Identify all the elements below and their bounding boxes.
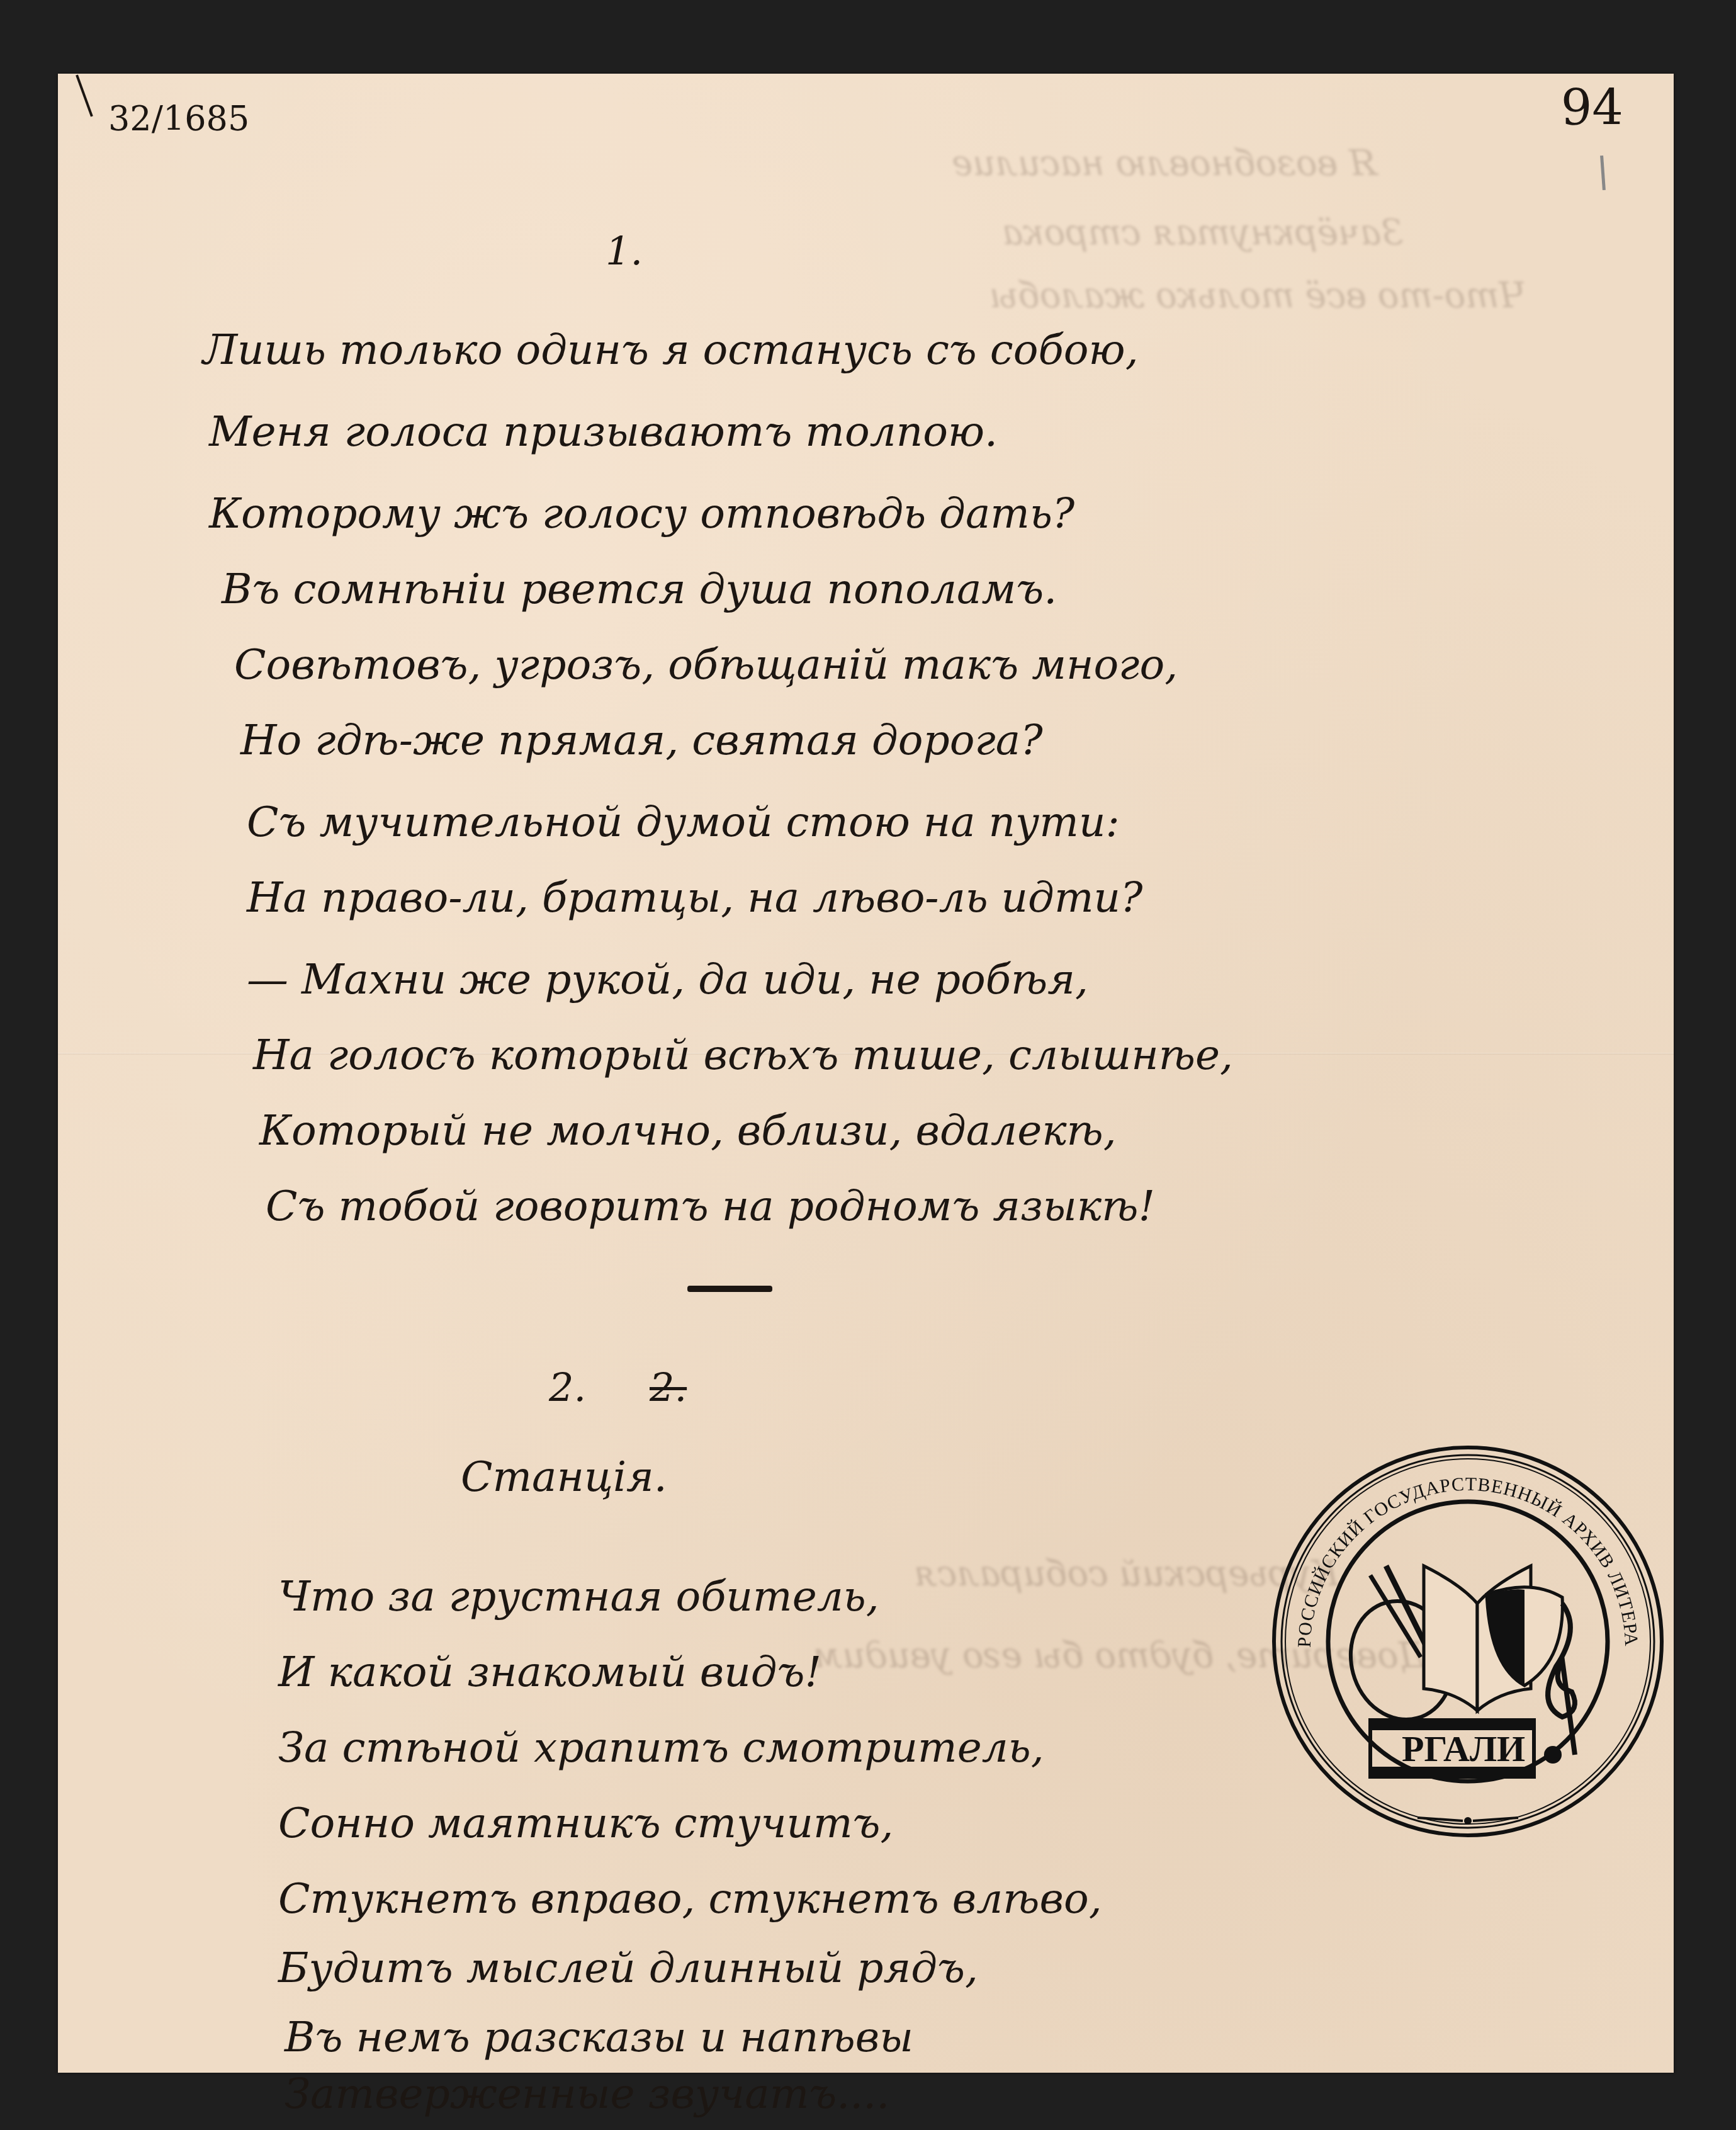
poem-1-line: Меня голоса призываютъ толпою. xyxy=(209,407,998,456)
poem-2-line: Въ немъ разсказы и напѣвы xyxy=(285,2013,913,2061)
poem-1-line: Который не молчно, вблизи, вдалекѣ, xyxy=(259,1106,1117,1155)
poem-2-line: Сонно маятникъ стучитъ, xyxy=(278,1799,894,1847)
pencil-mark xyxy=(76,74,93,116)
poem-1-line: Лишь только одинъ я останусь съ собою, xyxy=(203,326,1139,374)
bleed-through-text: Я возобновлю насилие xyxy=(952,143,1377,184)
archive-code: 32/1685 xyxy=(108,99,249,139)
poem-1-line: Съ тобой говоритъ на родномъ языкѣ! xyxy=(266,1182,1155,1230)
poem-2-line: Стукнетъ вправо, стукнетъ влѣво, xyxy=(278,1874,1102,1923)
section-divider xyxy=(687,1286,772,1292)
section-number-2-crossed: 2. xyxy=(650,1364,687,1410)
section-number-2: 2. xyxy=(549,1364,586,1410)
poem-1-line: Но гдѣ-же прямая, святая дорога? xyxy=(240,716,1043,764)
rgali-seal-icon: РОССИЙСКИЙ ГОСУДАРСТВЕННЫЙ АРХИВ ЛИТЕРАТ… xyxy=(1266,1440,1669,1843)
poem-2-line: Затверженные звучатъ.... xyxy=(285,2070,889,2118)
pencil-tick xyxy=(1600,156,1606,190)
section-number-1: 1. xyxy=(606,228,643,274)
poem-1-line: Совѣтовъ, угрозъ, обѣщаній такъ много, xyxy=(234,640,1178,689)
poem-1-line: — Махни же рукой, да иди, не робѣя, xyxy=(247,955,1088,1004)
folio-number: 94 xyxy=(1561,80,1623,137)
archive-stamp: РОССИЙСКИЙ ГОСУДАРСТВЕННЫЙ АРХИВ ЛИТЕРАТ… xyxy=(1266,1440,1669,1843)
poem-1-line: На право-ли, братцы, на лѣво-ль идти? xyxy=(247,873,1142,922)
poem-2-line: Что за грустная обитель, xyxy=(278,1572,879,1621)
poem-2-title: Станція. xyxy=(461,1453,667,1501)
poem-1-line: Съ мучительной думой стою на пути: xyxy=(247,798,1120,846)
poem-1-line: На голосъ который всѣхъ тише, слышнѣе, xyxy=(253,1031,1233,1079)
manuscript-sheet: Я возобновлю насилие Зачёркнутая строка … xyxy=(58,74,1674,2073)
poem-2-line: И какой знакомый видъ! xyxy=(278,1648,821,1696)
poem-1-line: Въ сомнѣніи рвется душа пополамъ. xyxy=(222,565,1057,613)
svg-text:РГАЛИ: РГАЛИ xyxy=(1402,1728,1525,1769)
bleed-through-text: Зачёркнутая строка xyxy=(1002,212,1403,253)
poem-2-line: Будитъ мыслей длинный рядъ, xyxy=(278,1944,978,1992)
poem-1-line: Которому жъ голосу отповѣдь дать? xyxy=(209,489,1074,538)
bleed-through-text: Что-то всё только жалобы xyxy=(989,275,1526,316)
poem-2-line: За стѣной храпитъ смотритель, xyxy=(278,1723,1044,1772)
